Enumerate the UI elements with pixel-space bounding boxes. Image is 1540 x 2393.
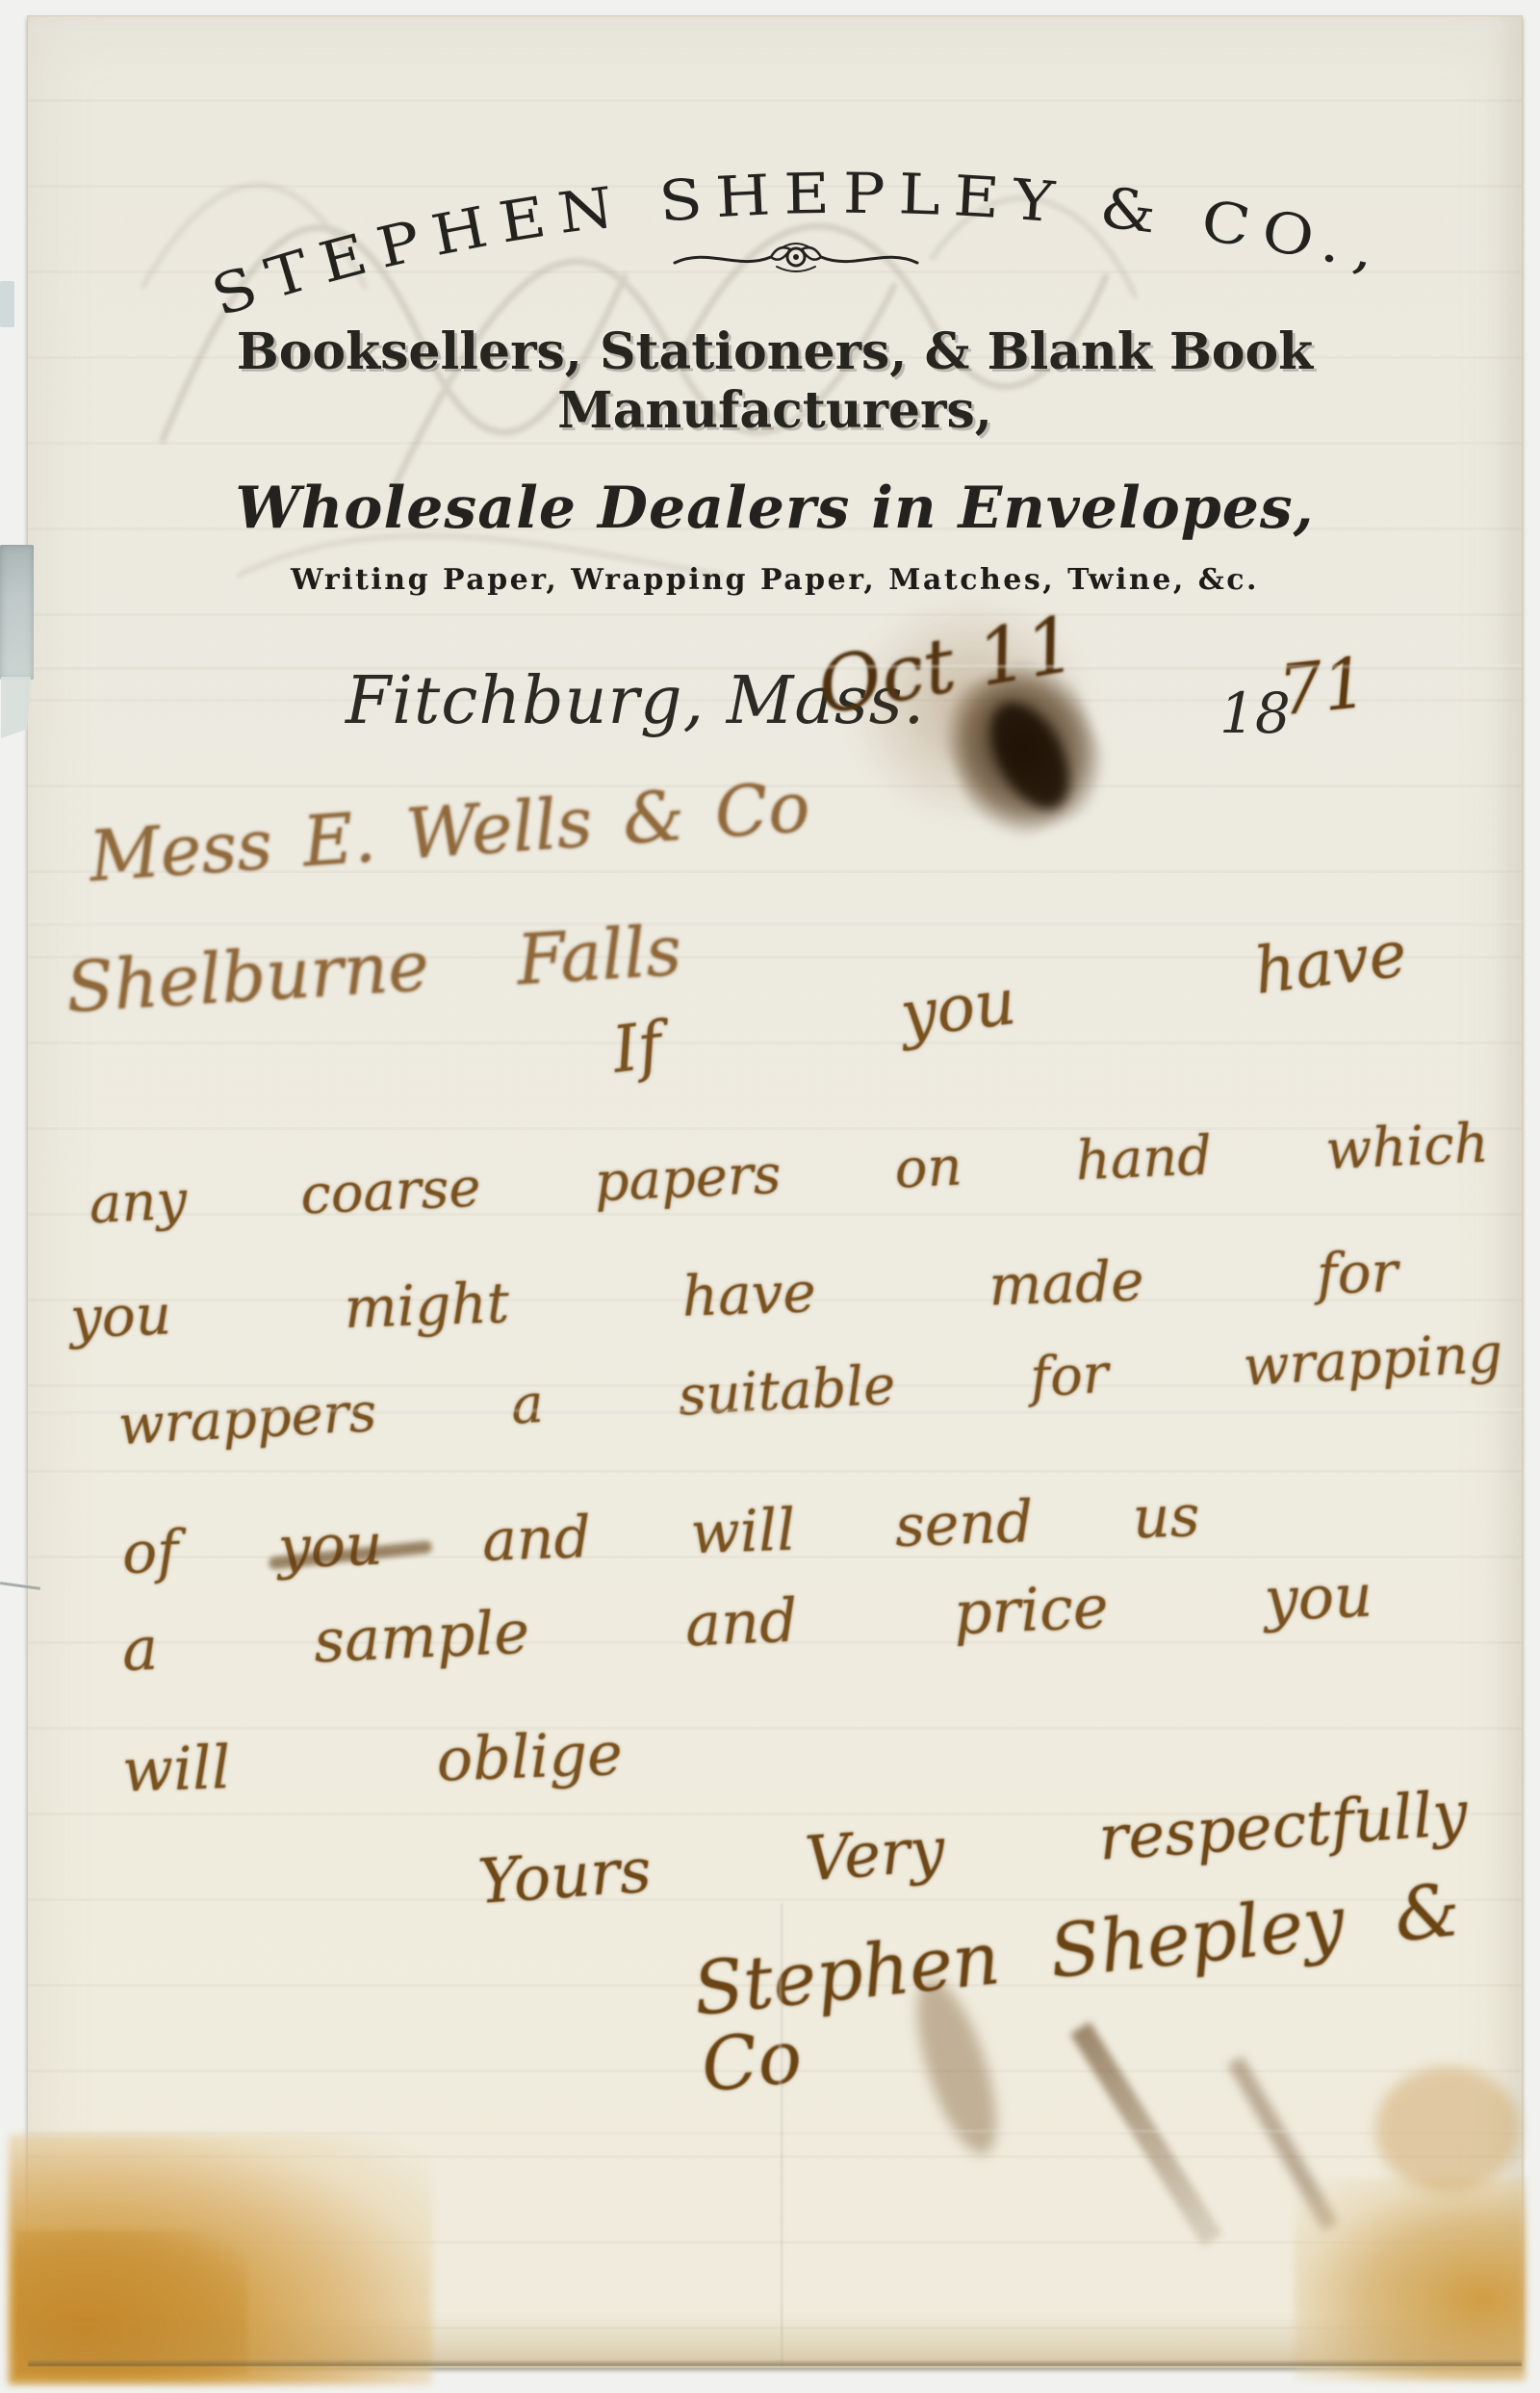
recipient-line: Mess E. Wells & Co: [87, 771, 811, 894]
signature-line: Stephen Shepley & Co: [690, 1871, 1472, 2104]
body-line: any coarse papers on hand which: [89, 1117, 1490, 1234]
wholesale-line: Wholesale Dealers in Envelopes,: [28, 475, 1522, 542]
fold-crease-vertical: [779, 1903, 783, 2367]
fold-crease-1: [28, 665, 1522, 669]
tape-remnant-flap: [1, 677, 31, 738]
stain-bottom-left-core: [16, 2230, 247, 2375]
ink-smear-signature-2: [1227, 2056, 1339, 2231]
scanner-background: STEPHEN SHEPLEY & CO., Booksellers, Stat…: [0, 0, 1540, 2393]
fold-crease-4: [28, 2130, 1522, 2134]
stain-bottom-right-soft: [1375, 2067, 1520, 2192]
body-line: a sample and price you: [121, 1563, 1374, 1681]
flourish-ornament-icon: [669, 236, 923, 282]
company-name-arc: STEPHEN SHEPLEY & CO.,: [28, 20, 1522, 347]
body-line: of you and will send us: [121, 1486, 1201, 1584]
handwritten-year: 71: [1275, 647, 1371, 729]
stain-bottom-right: [1295, 2178, 1526, 2380]
business-line: Booksellers, Stationers, & Blank Book Ma…: [28, 322, 1522, 440]
tape-remnant: [0, 545, 34, 680]
products-line: Writing Paper, Wrapping Paper, Matches, …: [28, 563, 1522, 597]
fold-crease-3: [28, 1409, 1522, 1413]
recipient-location-line: Shelburne Falls: [64, 914, 683, 1025]
paper-bottom-edge-shadow: [28, 2359, 1522, 2366]
body-line: you might have made for: [69, 1243, 1399, 1348]
letter-paper: STEPHEN SHEPLEY & CO., Booksellers, Stat…: [27, 15, 1523, 2368]
body-line: If you have: [609, 920, 1410, 1084]
body-line: will oblige: [121, 1722, 624, 1802]
fold-crease-2: [28, 921, 1522, 925]
tape-remnant-small: [0, 281, 14, 327]
stain-bottom-left: [9, 2134, 432, 2384]
body-line: wrappers a suitable for wrapping: [116, 1326, 1503, 1455]
ink-blot-date-core: [975, 690, 1086, 822]
